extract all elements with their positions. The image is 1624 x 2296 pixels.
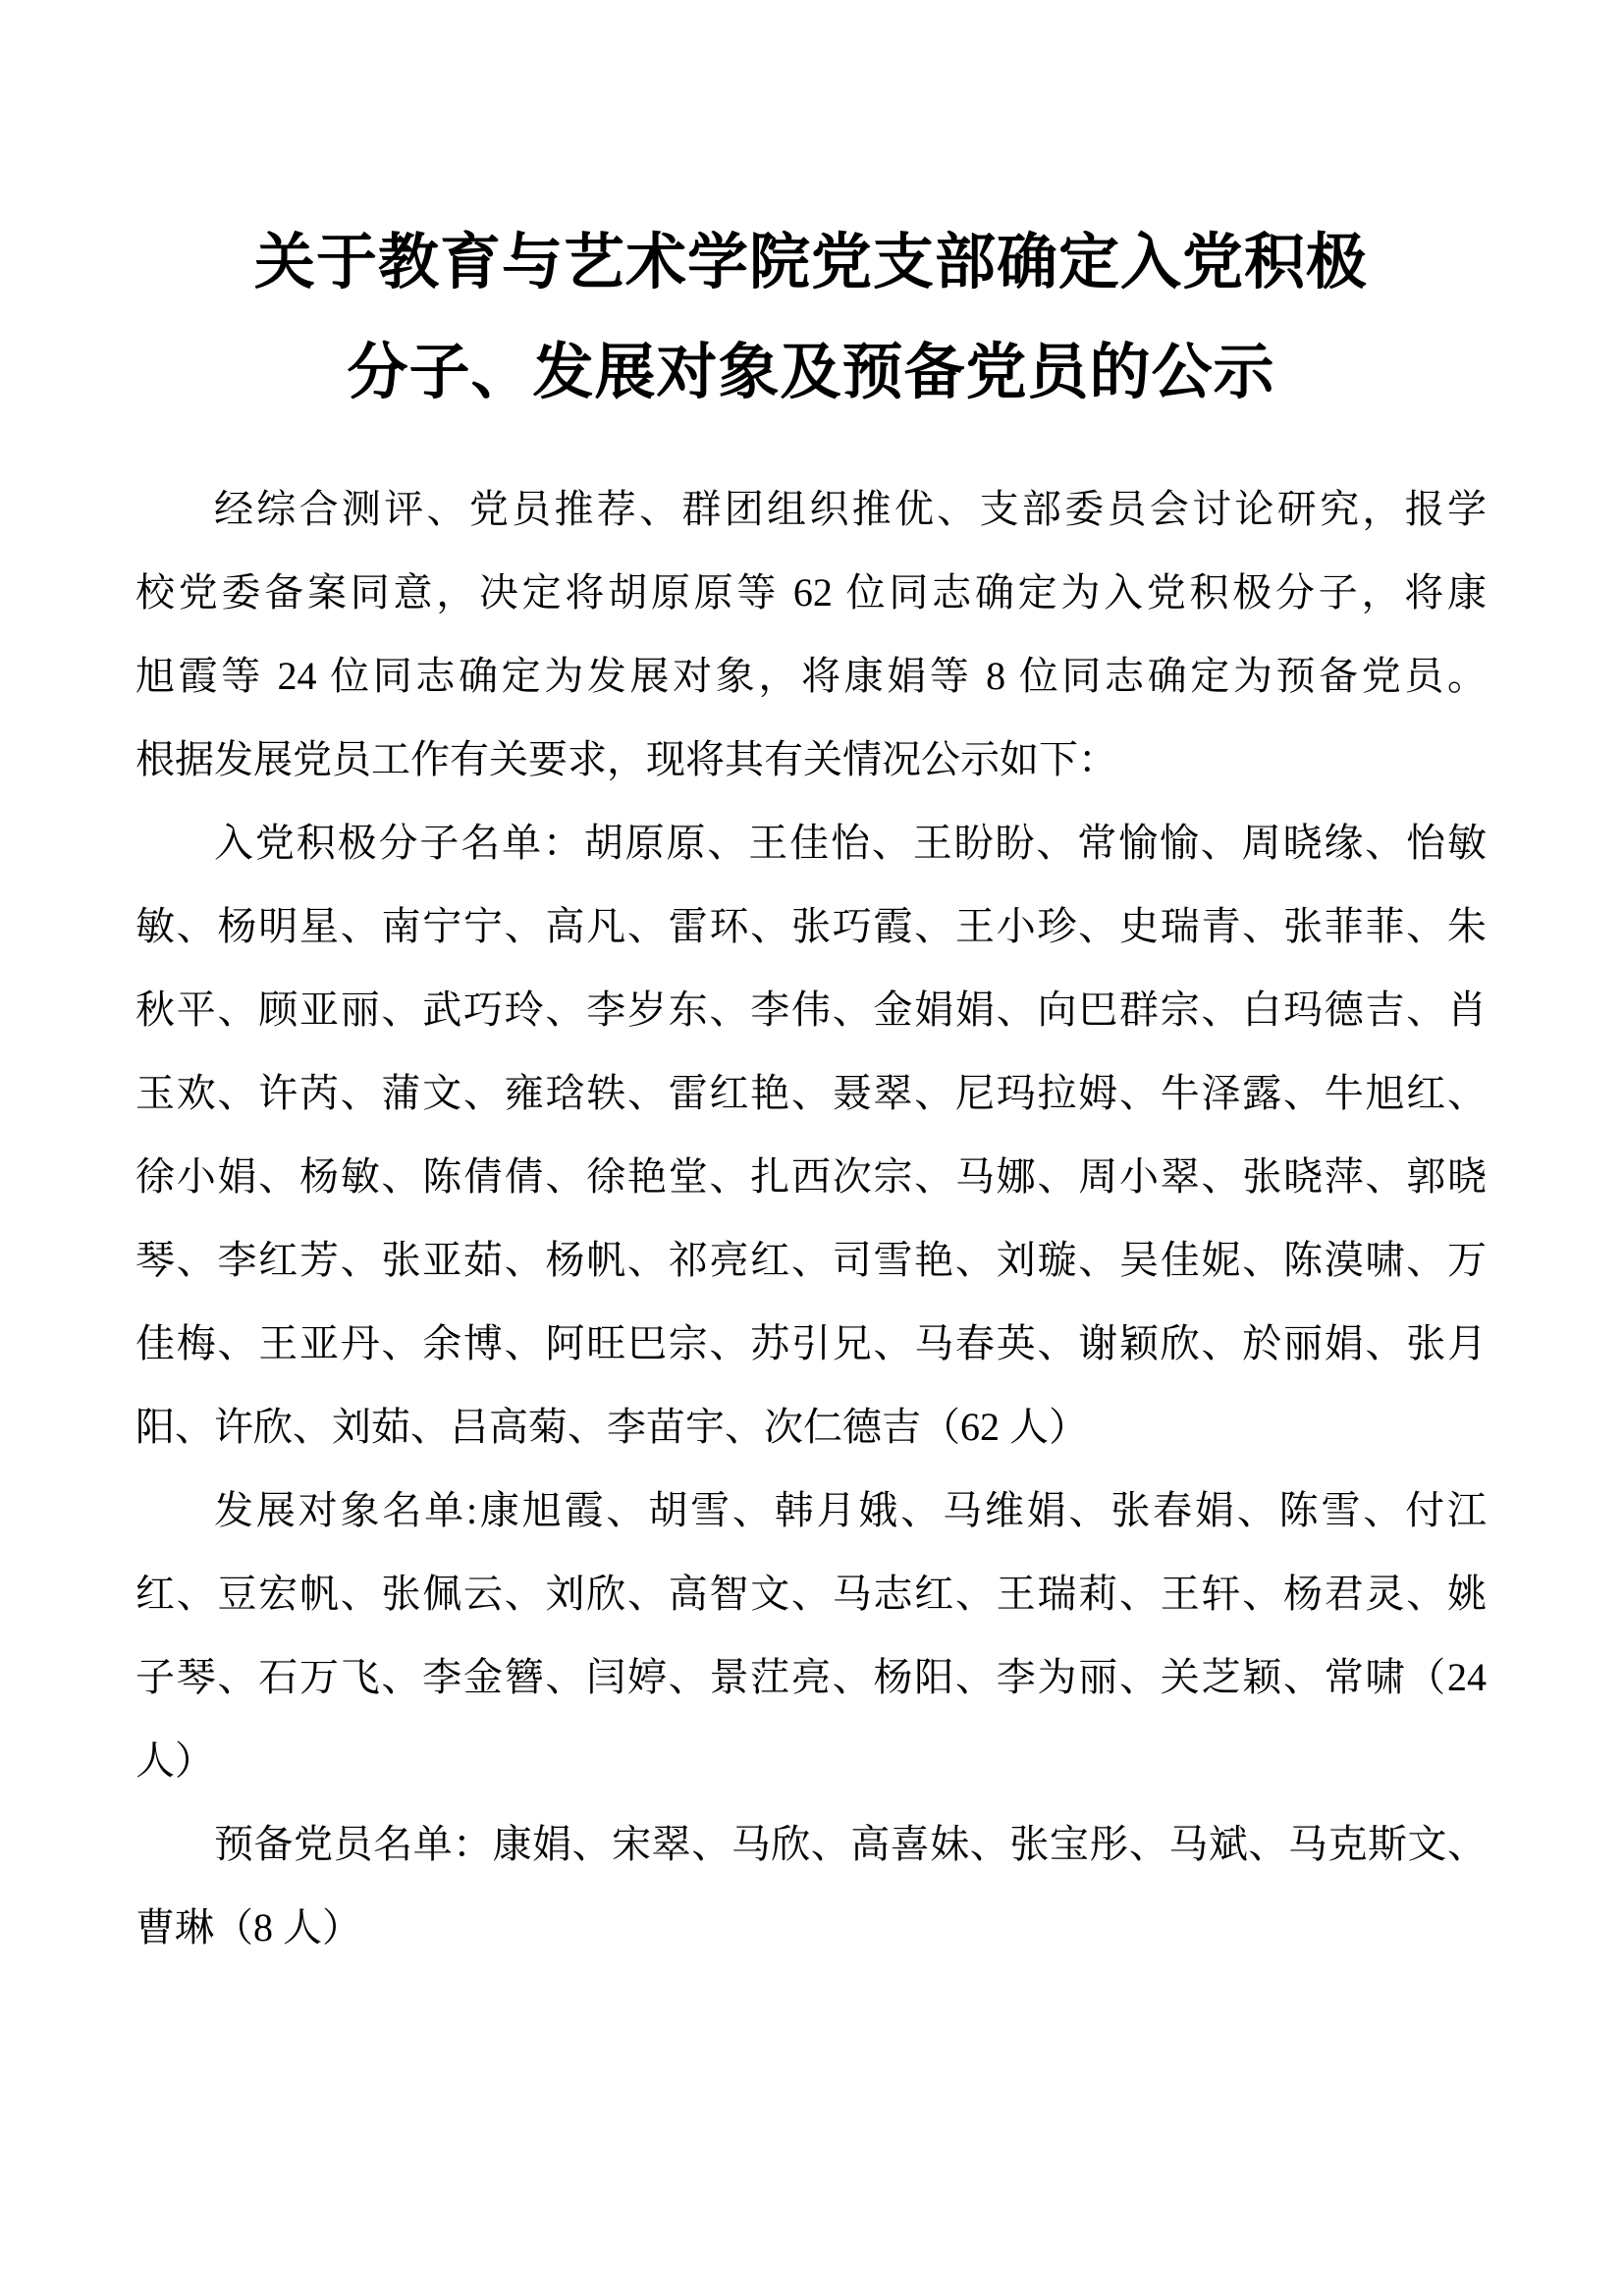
paragraph-development-list: 发展对象名单:康旭霞、胡雪、韩月娥、马维娟、张春娟、陈雪、付江红、豆宏帆、张佩云… (135, 1468, 1487, 1802)
text-line: 敏、杨明星、南宁宁、高凡、雷环、张巧霞、王小珍、史瑞青、张菲菲、朱 (135, 884, 1487, 968)
text-line: 发展对象名单:康旭霞、胡雪、韩月娥、马维娟、张春娟、陈雪、付江 (135, 1468, 1487, 1552)
text-line: 佳梅、王亚丹、余博、阿旺巴宗、苏引兄、马春英、谢颖欣、於丽娟、张月 (135, 1302, 1487, 1385)
paragraph-intro: 经综合测评、党员推荐、群团组织推优、支部委员会讨论研究，报学校党委备案同意，决定… (135, 467, 1487, 801)
text-line: 经综合测评、党员推荐、群团组织推优、支部委员会讨论研究，报学 (135, 467, 1487, 551)
paragraph-activist-list: 入党积极分子名单：胡原原、王佳怡、王盼盼、常愉愉、周晓缘、怡敏敏、杨明星、南宁宁… (135, 801, 1487, 1468)
text-line: 子琴、石万飞、李金簪、闫婷、景茳亮、杨阳、李为丽、关芝颖、常啸（24 (135, 1635, 1487, 1719)
document-page: 关于教育与艺术学院党支部确定入党积极 分子、发展对象及预备党员的公示 经综合测评… (0, 0, 1624, 2296)
title-line-1: 关于教育与艺术学院党支部确定入党积极 (135, 208, 1487, 318)
text-line: 阳、许欣、刘茹、吕高菊、李苗宇、次仁德吉（62 人） (135, 1385, 1487, 1468)
text-line: 人） (135, 1719, 1487, 1802)
text-line: 琴、李红芳、张亚茹、杨帆、祁亮红、司雪艳、刘璇、吴佳妮、陈漠啸、万 (135, 1218, 1487, 1302)
paragraph-probationary-list: 预备党员名单：康娟、宋翠、马欣、高喜妹、张宝彤、马斌、马克斯文、曹琳（8 人） (135, 1802, 1487, 1969)
text-line: 校党委备案同意，决定将胡原原等 62 位同志确定为入党积极分子，将康 (135, 551, 1487, 634)
title-line-2: 分子、发展对象及预备党员的公示 (135, 318, 1487, 428)
document-title: 关于教育与艺术学院党支部确定入党积极 分子、发展对象及预备党员的公示 (135, 208, 1487, 428)
text-line: 根据发展党员工作有关要求，现将其有关情况公示如下： (135, 718, 1487, 801)
text-line: 玉欢、许芮、蒲文、雍琀轶、雷红艳、聂翠、尼玛拉姆、牛泽露、牛旭红、 (135, 1051, 1487, 1135)
document-body: 经综合测评、党员推荐、群团组织推优、支部委员会讨论研究，报学校党委备案同意，决定… (135, 467, 1487, 1969)
text-line: 徐小娟、杨敏、陈倩倩、徐艳堂、扎西次宗、马娜、周小翠、张晓萍、郭晓 (135, 1135, 1487, 1218)
text-line: 旭霞等 24 位同志确定为发展对象，将康娟等 8 位同志确定为预备党员。 (135, 634, 1487, 718)
text-line: 预备党员名单：康娟、宋翠、马欣、高喜妹、张宝彤、马斌、马克斯文、 (135, 1802, 1487, 1886)
text-line: 曹琳（8 人） (135, 1886, 1487, 1969)
text-line: 秋平、顾亚丽、武巧玲、李岁东、李伟、金娟娟、向巴群宗、白玛德吉、肖 (135, 968, 1487, 1051)
text-line: 入党积极分子名单：胡原原、王佳怡、王盼盼、常愉愉、周晓缘、怡敏 (135, 801, 1487, 884)
text-line: 红、豆宏帆、张佩云、刘欣、高智文、马志红、王瑞莉、王轩、杨君灵、姚 (135, 1552, 1487, 1635)
